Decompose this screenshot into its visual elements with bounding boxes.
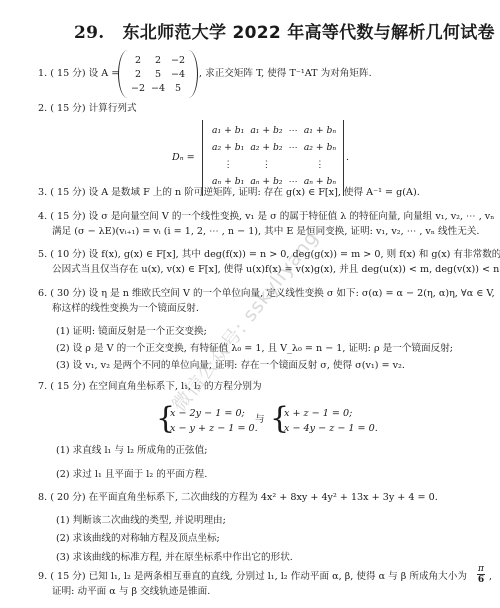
matrix-cell: 2 [128,53,148,67]
det-cell: ⋮ [209,156,247,173]
fraction-pi-over-6: π 6 [477,564,485,585]
problem-8-part-1: (1) 判断该二次曲线的类型, 并说明理由; [56,515,226,527]
det-cell: a₂ + b₂ [247,139,285,156]
det-cell: ⋯ [286,122,301,139]
problem-9-line-1: 9. ( 15 分) 已知 l₁, l₂ 是两条相互垂直的直线, 分别过 l₁,… [38,571,467,583]
det-cell: a₁ + bₙ [301,122,339,139]
problem-7-part-1: (1) 求直线 l₁ 与 l₂ 所成角的正弦值; [56,445,207,457]
det-lhs: Dₙ = [172,152,195,164]
det-cell: ⋯ [286,139,301,156]
problem-6-part-2: (2) 设 ρ 是 V 的一个正交变换, 有特征值 λ₀ = 1, 且 V_λ₀… [56,343,453,355]
problem-9-line-2: 证明: 动平面 α 与 β 交线轨迹是锥面. [52,586,210,598]
problem-8-part-2: (2) 求该曲线的对称轴方程及顶点坐标; [56,533,220,545]
matrix-cell: −4 [168,67,188,81]
problem-8-part-3: (3) 求该曲线的标准方程, 并在原坐标系中作出它的形状. [56,552,293,564]
equation: x − 4y − z − 1 = 0. [284,421,378,436]
problem-7-line-1: 7. ( 15 分) 在空间直角坐标系下, l₁, l₂ 的方程分别为 [38,381,262,393]
matrix-cell: −2 [168,53,188,67]
matrix-cell: 5 [148,67,168,81]
det-cell: a₂ + bₙ [301,139,339,156]
fraction-denominator: 6 [477,575,485,585]
problem-5-line-1: 5. ( 10 分) 设 f(x), g(x) ∈ F[x], 其中 deg(f… [38,249,500,261]
matrix-cell: 5 [168,81,188,95]
determinant: a₁ + b₁a₁ + b₂⋯a₁ + bₙ a₂ + b₁a₂ + b₂⋯a₂… [202,120,344,196]
problem-1-label: 1. ( 15 分) 设 A = [38,68,119,80]
title-text: 东北师范大学 2022 年高等代数与解析几何试卷 [122,23,494,43]
equation: x − y + z − 1 = 0. [170,421,258,436]
problem-6-part-3: (3) 设 v₁, v₂ 是两个不同的单位向量, 证明: 存在一个镜面反射 σ,… [56,360,405,372]
matrix-a-entries: 22−2 25−4 −2−45 [128,53,188,95]
problem-1-text: , 求正交矩阵 T, 使得 T⁻¹AT 为对角矩阵. [199,68,372,80]
title-number: 29. [74,23,104,43]
equation: x + z − 1 = 0; [284,406,378,421]
problem-4-line-1: 4. ( 15 分) 设 σ 是向量空间 V 的一个线性变换, v₁ 是 σ 的… [38,211,494,223]
det-cell: ⋮ [247,156,285,173]
problem-8-line-1: 8. ( 20 分) 在平面直角坐标系下, 二次曲线的方程为 4x² + 8xy… [38,492,438,504]
det-tail: . [346,152,349,164]
matrix-a: 22−2 25−4 −2−45 [118,50,198,98]
connector: 与 [255,414,265,426]
matrix-cell: 2 [128,67,148,81]
problem-6-part-1: (1) 证明: 镜面反射是一个正交变换; [56,326,207,338]
matrix-cell: −2 [128,81,148,95]
problem-7-part-2: (2) 求过 l₁ 且平面于 l₂ 的平面方程. [56,469,207,481]
det-cell: a₁ + b₁ [209,122,247,139]
det-cell [286,156,301,173]
system-2: x + z − 1 = 0; x − 4y − z − 1 = 0. [284,406,378,436]
determinant-entries: a₁ + b₁a₁ + b₂⋯a₁ + bₙ a₂ + b₁a₂ + b₂⋯a₂… [209,122,339,190]
exam-title: 29.东北师范大学 2022 年高等代数与解析几何试卷 [74,18,495,43]
problem-2-label: 2. ( 15 分) 计算行列式 [38,103,137,115]
problem-4-line-2: 满足 (σ − λE)(vᵢ₊₁) = vᵢ (i = 1, 2, ⋯ , n … [52,226,479,238]
det-cell: a₁ + b₂ [247,122,285,139]
exam-page: 29.东北师范大学 2022 年高等代数与解析几何试卷 1. ( 15 分) 设… [0,0,500,608]
frac-tail: , [489,571,492,583]
fraction-numerator: π [477,564,485,575]
det-cell: a₂ + b₁ [209,139,247,156]
right-paren [187,50,198,98]
problem-6-line-2: 称这样的线性变换为一个镜面反射. [52,303,199,315]
problem-3-text: 3. ( 15 分) 设 A 是数域 F 上的 n 阶可逆矩阵, 证明: 存在 … [38,187,420,199]
det-cell: ⋮ [301,156,339,173]
matrix-cell: 2 [148,53,168,67]
matrix-cell: −4 [148,81,168,95]
